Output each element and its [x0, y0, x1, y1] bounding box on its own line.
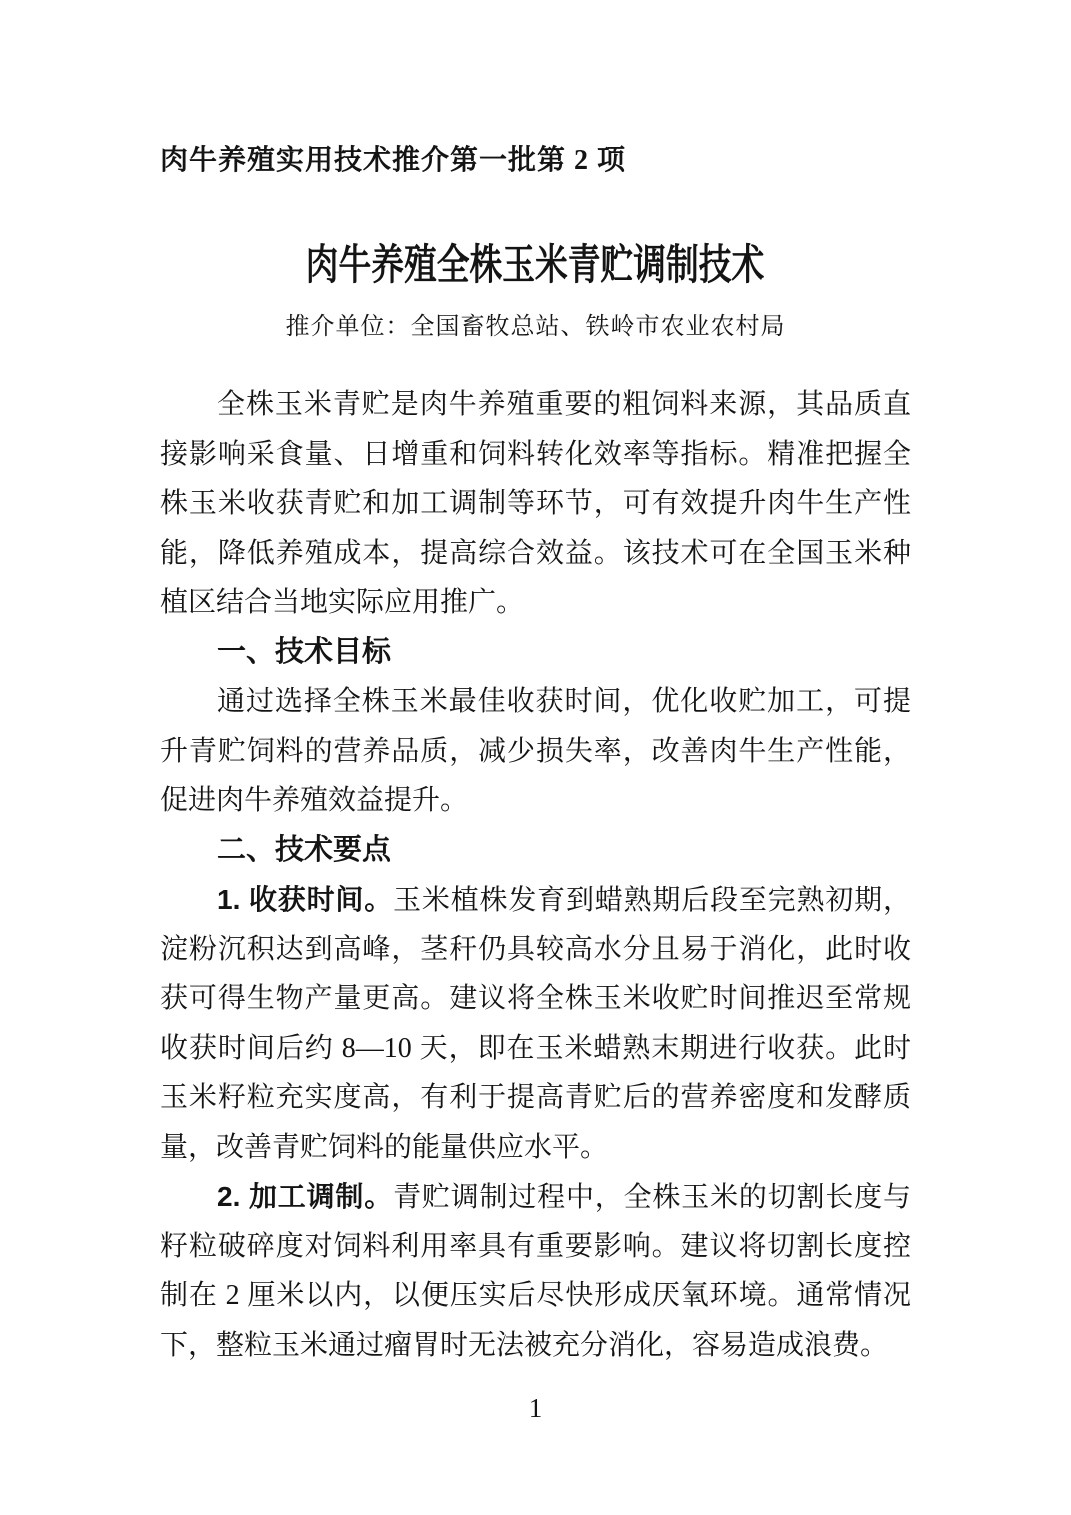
text-line: 淀粉沉积达到高峰，茎秆仍具较高水分且易于消化，此时收	[160, 925, 911, 975]
section-heading-1: 一、技术目标	[160, 628, 911, 678]
document-body: 全株玉米青贮是肉牛养殖重要的粗饲料来源，其品质直 接影响采食量、日增重和饲料转化…	[160, 380, 911, 1370]
text-line: 下，整粒玉米通过瘤胃时无法被充分消化，容易造成浪费。	[160, 1321, 911, 1371]
document-page: 肉牛养殖实用技术推介第一批第 2 项 肉牛养殖全株玉米青贮调制技术 推介单位：全…	[0, 0, 1071, 1515]
line-text: 玉米植株发育到蜡熟期后段至完熟初期，	[393, 885, 911, 916]
text-line: 接影响采食量、日增重和饲料转化效率等指标。精准把握全	[160, 430, 911, 480]
text-line: 升青贮饲料的营养品质，减少损失率，改善肉牛生产性能，	[160, 727, 911, 777]
text-line: 植区结合当地实际应用推广。	[160, 578, 911, 628]
document-header: 肉牛养殖实用技术推介第一批第 2 项	[160, 138, 940, 178]
point1-bold-lead: 1. 收获时间。	[217, 884, 393, 915]
text-line: 促进肉牛养殖效益提升。	[160, 776, 911, 826]
text-line: 能，降低养殖成本，提高综合效益。该技术可在全国玉米种	[160, 529, 911, 579]
text-line: 株玉米收获青贮和加工调制等环节，可有效提升肉牛生产性	[160, 479, 911, 529]
text-line: 全株玉米青贮是肉牛养殖重要的粗饲料来源，其品质直	[160, 380, 911, 430]
document-title-text: 肉牛养殖全株玉米青贮调制技术	[306, 240, 765, 292]
point2-bold-lead: 2. 加工调制。	[217, 1181, 393, 1212]
text-line: 1. 收获时间。玉米植株发育到蜡熟期后段至完熟初期，	[160, 875, 911, 925]
text-line: 玉米籽粒充实度高，有利于提高青贮后的营养密度和发酵质	[160, 1073, 911, 1123]
text-line: 制在 2 厘米以内，以便压实后尽快形成厌氧环境。通常情况	[160, 1271, 911, 1321]
section-heading-2: 二、技术要点	[160, 826, 911, 876]
publisher-line: 推介单位：全国畜牧总站、铁岭市农业农村局	[0, 306, 1071, 341]
text-line: 量，改善青贮饲料的能量供应水平。	[160, 1123, 911, 1173]
text-line: 收获时间后约 8—10 天，即在玉米蜡熟末期进行收获。此时	[160, 1024, 911, 1074]
text-line: 2. 加工调制。青贮调制过程中，全株玉米的切割长度与	[160, 1172, 911, 1222]
page-number: 1	[0, 1393, 1071, 1424]
line-text: 青贮调制过程中，全株玉米的切割长度与	[393, 1182, 911, 1213]
text-line: 籽粒破碎度对饲料利用率具有重要影响。建议将切割长度控	[160, 1222, 911, 1272]
text-line: 获可得生物产量更高。建议将全株玉米收贮时间推迟至常规	[160, 974, 911, 1024]
document-title: 肉牛养殖全株玉米青贮调制技术	[0, 240, 1071, 301]
text-line: 通过选择全株玉米最佳收获时间，优化收贮加工，可提	[160, 677, 911, 727]
